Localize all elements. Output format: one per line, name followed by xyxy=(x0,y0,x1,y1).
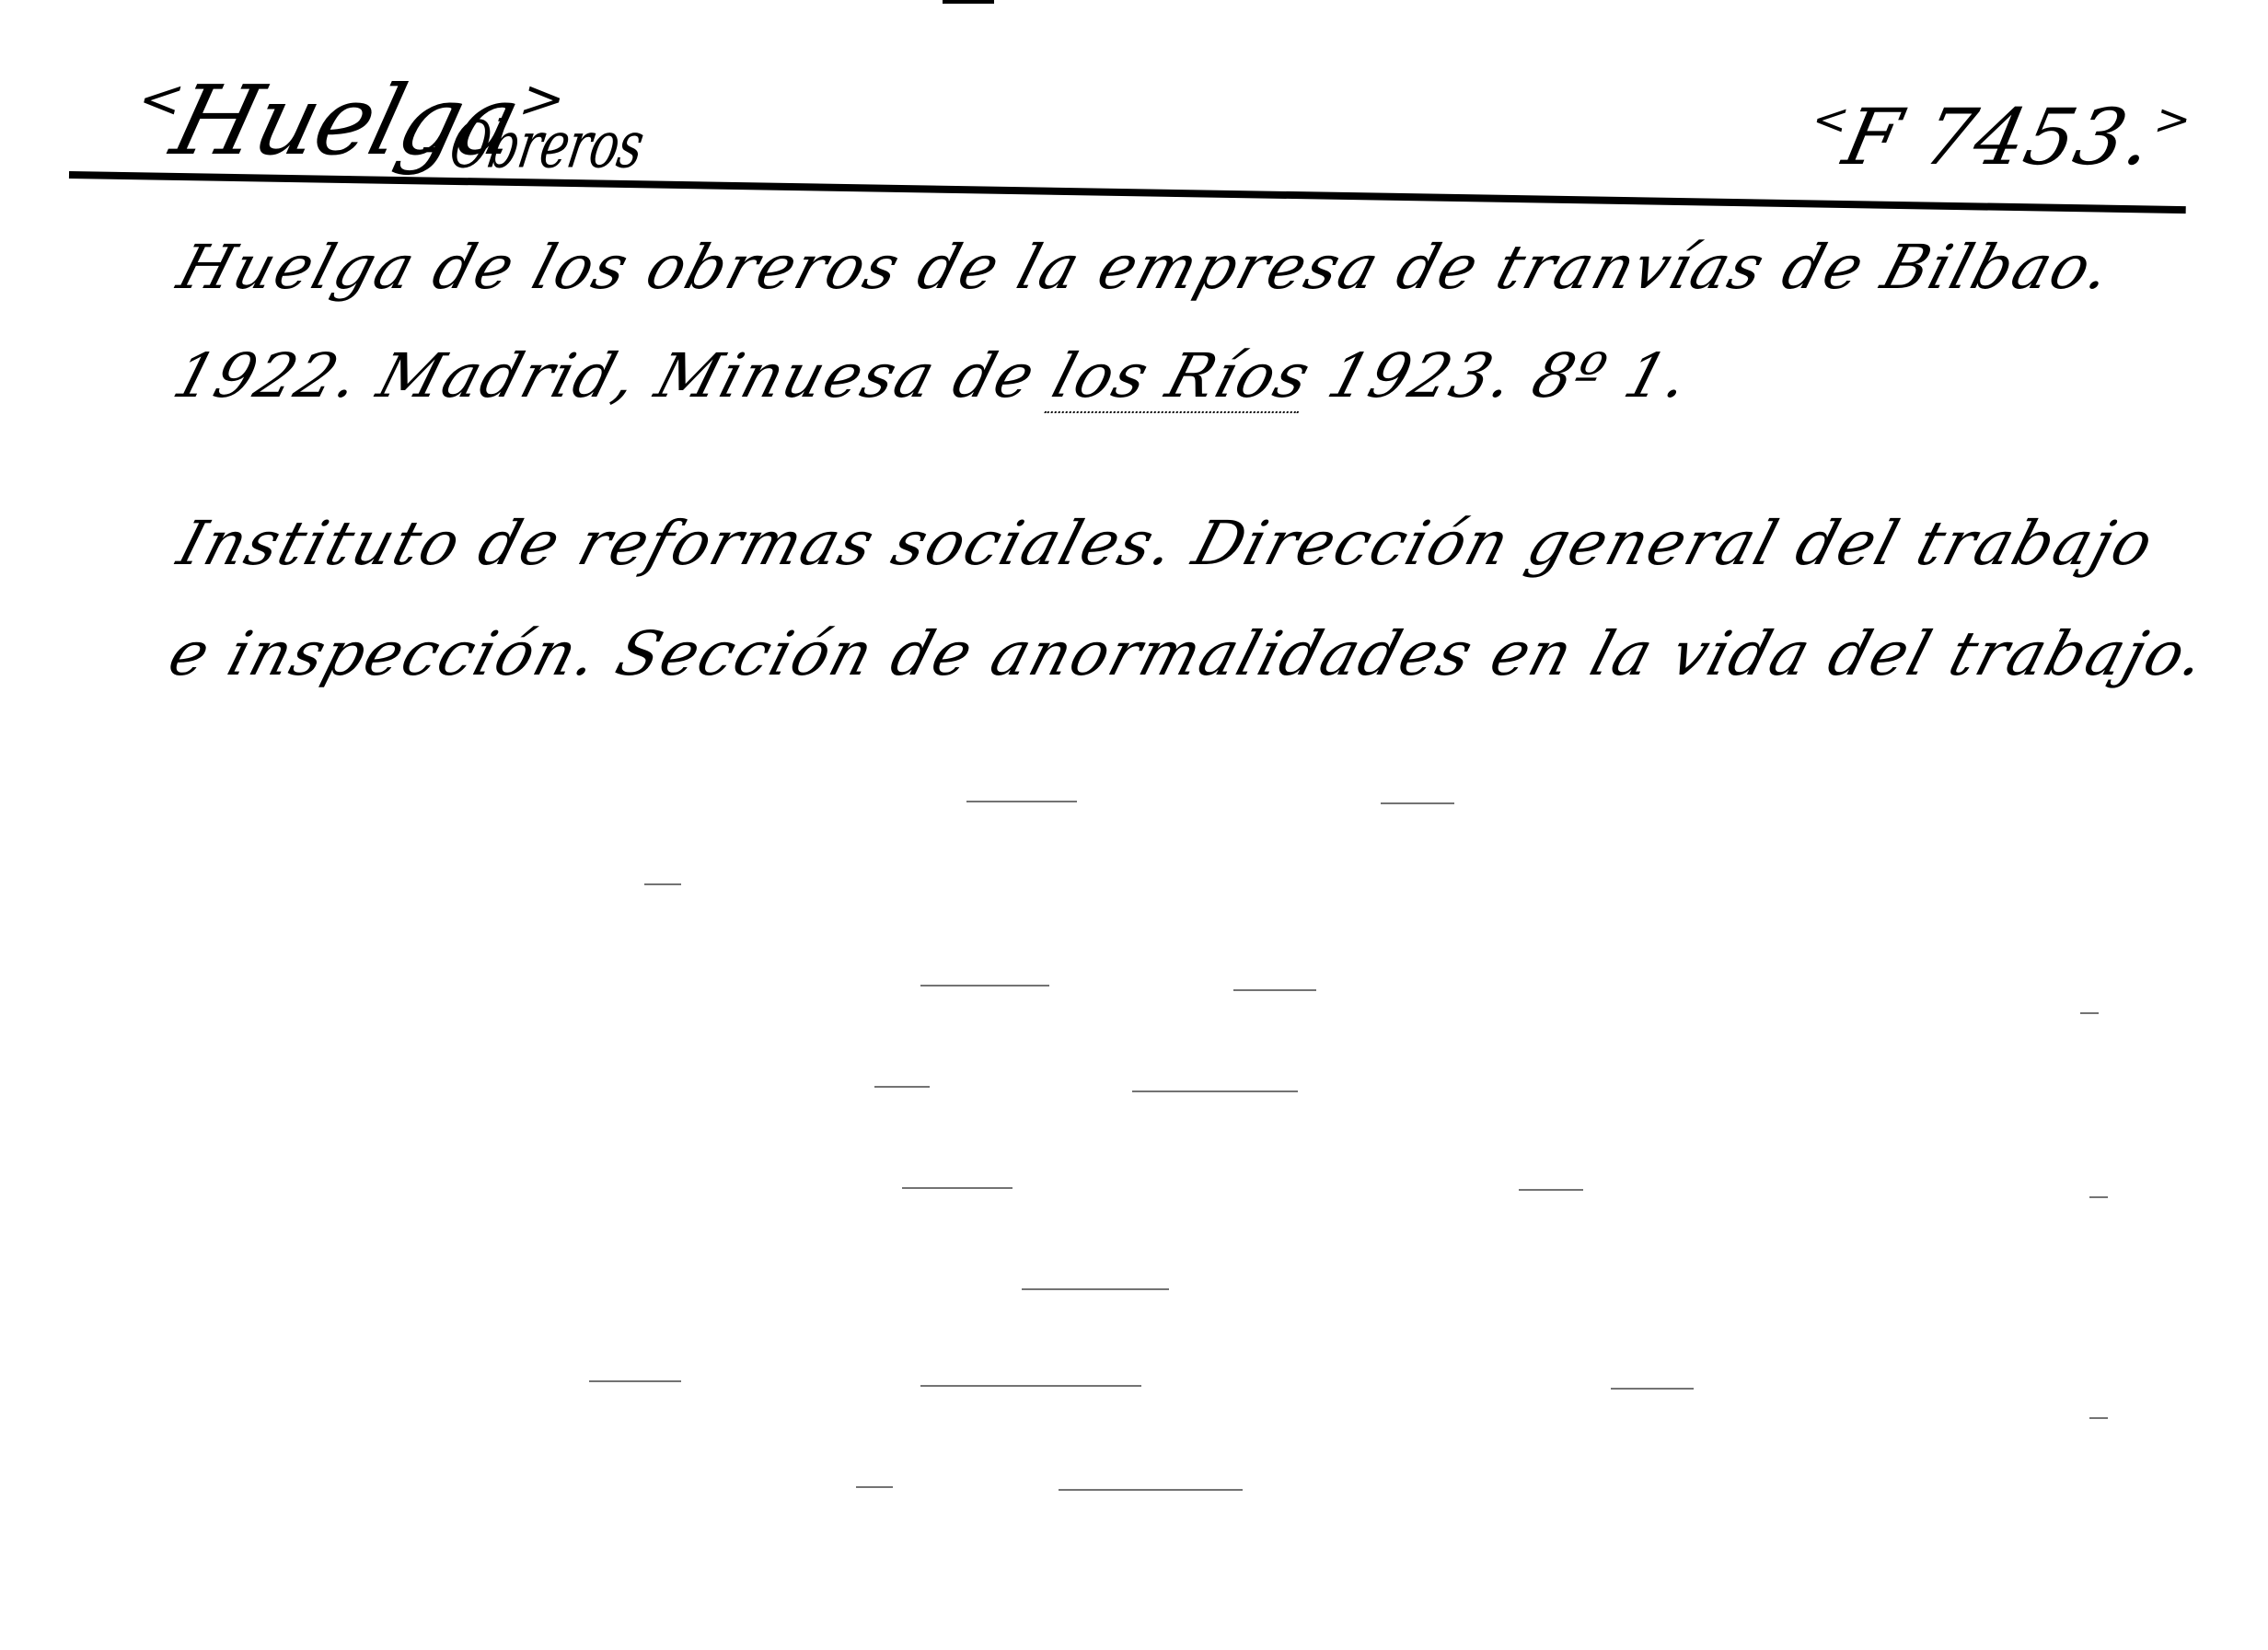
card-tab-mark xyxy=(943,0,994,4)
entry-line-3: Instituto de reformas sociales. Direcció… xyxy=(170,508,2162,579)
publisher-underlined: los Ríos xyxy=(1045,340,1320,413)
catalog-card: <Huelga> - Obreros <F 7453.> Huelga de l… xyxy=(0,0,2268,1650)
catalog-number-value: F 7453. xyxy=(1836,92,2161,182)
imprint-text: 1922. Madrid, Minuesa de xyxy=(166,340,1065,411)
catalog-number: <F 7453.> xyxy=(1799,92,2198,182)
imprint-date-format: 1923. 8º 1. xyxy=(1299,340,1698,411)
heading-subdivision: - Obreros xyxy=(415,109,649,183)
entry-line-1: Huelga de los obreros de la empresa de t… xyxy=(170,232,2121,303)
entry-line-4: e inspección. Sección de anormalidades e… xyxy=(161,618,2215,689)
entry-line-2: 1922. Madrid, Minuesa de los Ríos 1923. … xyxy=(166,340,1698,411)
